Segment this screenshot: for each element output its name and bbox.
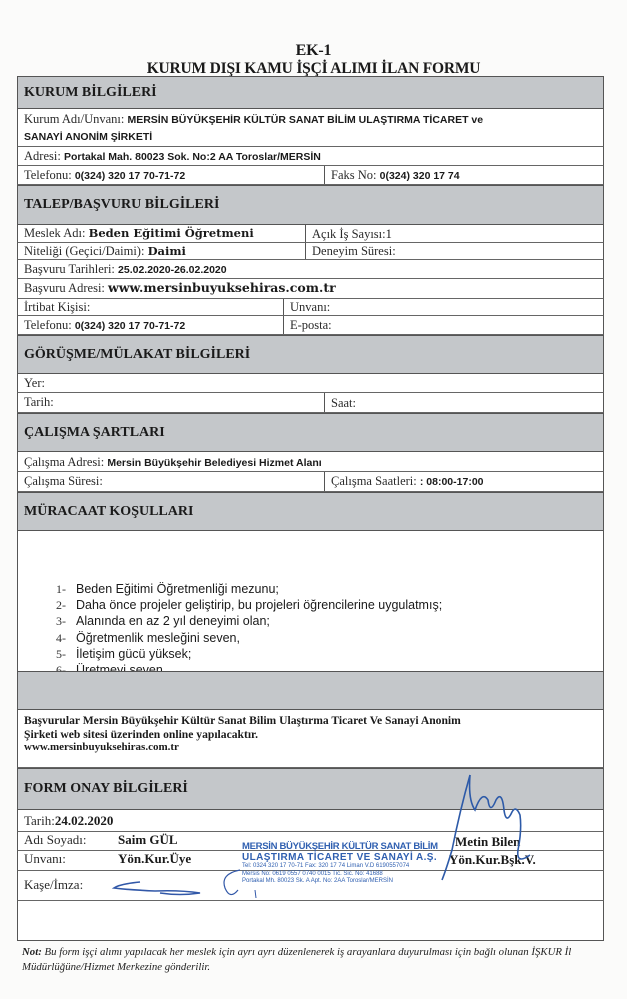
kurum-fax-value: 0(324) 320 17 74	[380, 170, 460, 182]
interview-date-row: Tarih: Saat:	[17, 393, 604, 413]
condition-item: 3-Alanında en az 2 yıl deneyimi olan;	[56, 613, 442, 629]
experience-label: Deneyim Süresi:	[312, 244, 396, 258]
approval-name-label: Adı Soyadı:	[24, 832, 86, 847]
apply-address-link[interactable]: www.mersinbuyuksehiras.com.tr	[108, 280, 336, 295]
work-hours-cell: Çalışma Saatleri: : 08:00-17:00	[324, 472, 484, 491]
work-address-row: Çalışma Adresi: Mersin Büyükşehir Beledi…	[17, 452, 604, 472]
talep-phone-label: Telefonu:	[24, 318, 75, 332]
kurum-name-value-2: SANAYİ ANONİM ŞİRKETİ	[24, 131, 152, 143]
application-note-link[interactable]: www.mersinbuyuksehiras.com.tr	[24, 741, 597, 755]
kurum-fax-label: Faks No:	[331, 168, 380, 182]
conditions-list: 1-Beden Eğitimi Öğretmenliği mezunu;2-Da…	[56, 581, 442, 678]
condition-text: Beden Eğitimi Öğretmenliği mezunu;	[76, 582, 279, 596]
application-note-line-1: Başvurular Mersin Büyükşehir Kültür Sana…	[24, 714, 597, 728]
experience-cell: Deneyim Süresi:	[305, 243, 396, 259]
work-address-value: Mersin Büyükşehir Belediyesi Hizmet Alan…	[107, 457, 321, 469]
talep-dates-row: Başvuru Tarihleri: 25.02.2020-26.02.2020	[17, 260, 604, 279]
signature-left-icon	[80, 860, 270, 910]
footer-note-label: Not:	[22, 946, 42, 958]
talep-phone-value: 0(324) 320 17 70-71-72	[75, 320, 185, 332]
section-header-calisma: ÇALIŞMA ŞARTLARI	[17, 413, 604, 452]
footer-note: Not: Bu form işçi alımı yapılacak her me…	[22, 945, 602, 974]
interview-time-label: Saat:	[331, 396, 356, 410]
application-note-line-2: Şirketi web sitesi üzerinden online yapı…	[24, 728, 597, 742]
conditions-box: 1-Beden Eğitimi Öğretmenliği mezunu;2-Da…	[17, 531, 604, 671]
approval-name-1: Saim GÜL	[118, 832, 178, 848]
application-note: Başvurular Mersin Büyükşehir Kültür Sana…	[17, 710, 604, 768]
apply-address-label: Başvuru Adresi:	[24, 281, 108, 295]
talep-phone-row: Telefonu: 0(324) 320 17 70-71-72 E-posta…	[17, 316, 604, 335]
condition-text: İletişim gücü yüksek;	[76, 647, 191, 661]
stamp-line-1: MERSİN BÜYÜKŞEHİR KÜLTÜR SANAT BİLİM	[242, 841, 387, 852]
footer-note-text: Bu form işçi alımı yapılacak her meslek …	[22, 946, 571, 973]
dates-value: 25.02.2020-26.02.2020	[118, 264, 227, 276]
condition-number: 2-	[56, 597, 76, 613]
condition-item: 2-Daha önce projeler geliştirip, bu proj…	[56, 597, 442, 613]
condition-item: 5-İletişim gücü yüksek;	[56, 646, 442, 662]
interview-place-row: Yer:	[17, 374, 604, 393]
talep-type-row: Niteliği (Geçici/Daimi): Daimi Deneyim S…	[17, 243, 604, 260]
contact-title-cell: Unvanı:	[283, 299, 330, 315]
condition-item: 1-Beden Eğitimi Öğretmenliği mezunu;	[56, 581, 442, 597]
talep-contact-row: İrtibat Kişisi: Unvanı:	[17, 299, 604, 316]
signature-right-icon	[430, 770, 560, 890]
email-cell: E-posta:	[283, 316, 332, 334]
kurum-phone-value: 0(324) 320 17 70-71-72	[75, 170, 185, 182]
type-value: Daimi	[148, 244, 186, 258]
blank-gray-band	[17, 671, 604, 710]
kurum-address-label: Adresi:	[24, 149, 64, 163]
annex-label: EK-1	[0, 42, 627, 60]
condition-number: 4-	[56, 630, 76, 646]
email-label: E-posta:	[290, 318, 332, 332]
kurum-address-row: Adresi: Portakal Mah. 80023 Sok. No:2 AA…	[17, 147, 604, 166]
talep-apply-address-row: Başvuru Adresi: www.mersinbuyuksehiras.c…	[17, 279, 604, 299]
kurum-fax-cell: Faks No: 0(324) 320 17 74	[324, 166, 460, 184]
type-label: Niteliği (Geçici/Daimi):	[24, 244, 148, 258]
kurum-name-value: MERSİN BÜYÜKŞEHİR KÜLTÜR SANAT BİLİM ULA…	[127, 114, 483, 126]
interview-place-label: Yer:	[24, 376, 45, 390]
approval-date-label: Tarih:	[24, 813, 55, 828]
contact-title-label: Unvanı:	[290, 300, 330, 314]
openings-cell: Açık İş Sayısı:1	[305, 225, 392, 242]
approval-title-label: Unvanı:	[24, 851, 66, 866]
openings-value: 1	[386, 227, 392, 241]
condition-number: 5-	[56, 646, 76, 662]
condition-text: Alanında en az 2 yıl deneyimi olan;	[76, 614, 270, 628]
section-header-kurum: KURUM BİLGİLERİ	[17, 76, 604, 109]
work-duration-row: Çalışma Süresi: Çalışma Saatleri: : 08:0…	[17, 472, 604, 492]
work-hours-label: Çalışma Saatleri:	[331, 474, 420, 488]
contact-label: İrtibat Kişisi:	[24, 300, 90, 314]
condition-text: Öğretmenlik mesleğini seven,	[76, 631, 240, 645]
openings-label: Açık İş Sayısı:	[312, 227, 386, 241]
kurum-name-row: Kurum Adı/Unvanı: MERSİN BÜYÜKŞEHİR KÜLT…	[17, 109, 604, 147]
kurum-address-value: Portakal Mah. 80023 Sok. No:2 AA Torosla…	[64, 151, 321, 163]
condition-item: 4-Öğretmenlik mesleğini seven,	[56, 630, 442, 646]
section-header-talep: TALEP/BAŞVURU BİLGİLERİ	[17, 185, 604, 225]
kurum-phone-row: Telefonu: 0(324) 320 17 70-71-72 Faks No…	[17, 166, 604, 185]
condition-number: 3-	[56, 613, 76, 629]
section-header-gorusme: GÖRÜŞME/MÜLAKAT BİLGİLERİ	[17, 335, 604, 374]
condition-number: 1-	[56, 581, 76, 597]
dates-label: Başvuru Tarihleri:	[24, 262, 118, 276]
condition-text: Daha önce projeler geliştirip, bu projel…	[76, 598, 442, 612]
section-header-muracaat: MÜRACAAT KOŞULLARI	[17, 492, 604, 531]
interview-time-cell: Saat:	[324, 393, 356, 412]
work-address-label: Çalışma Adresi:	[24, 455, 107, 469]
approval-date-value: 24.02.2020	[55, 813, 114, 828]
profession-value: Beden Eğitimi Öğretmeni	[89, 226, 254, 240]
kurum-phone-label: Telefonu:	[24, 168, 75, 182]
talep-profession-row: Meslek Adı: Beden Eğitimi Öğretmeni Açık…	[17, 225, 604, 243]
profession-label: Meslek Adı:	[24, 226, 89, 240]
seal-label: Kaşe/İmza:	[24, 877, 83, 892]
interview-date-label: Tarih:	[24, 395, 54, 409]
work-hours-value: : 08:00-17:00	[420, 476, 484, 488]
kurum-name-label: Kurum Adı/Unvanı:	[24, 112, 127, 126]
work-duration-label: Çalışma Süresi:	[24, 474, 103, 488]
